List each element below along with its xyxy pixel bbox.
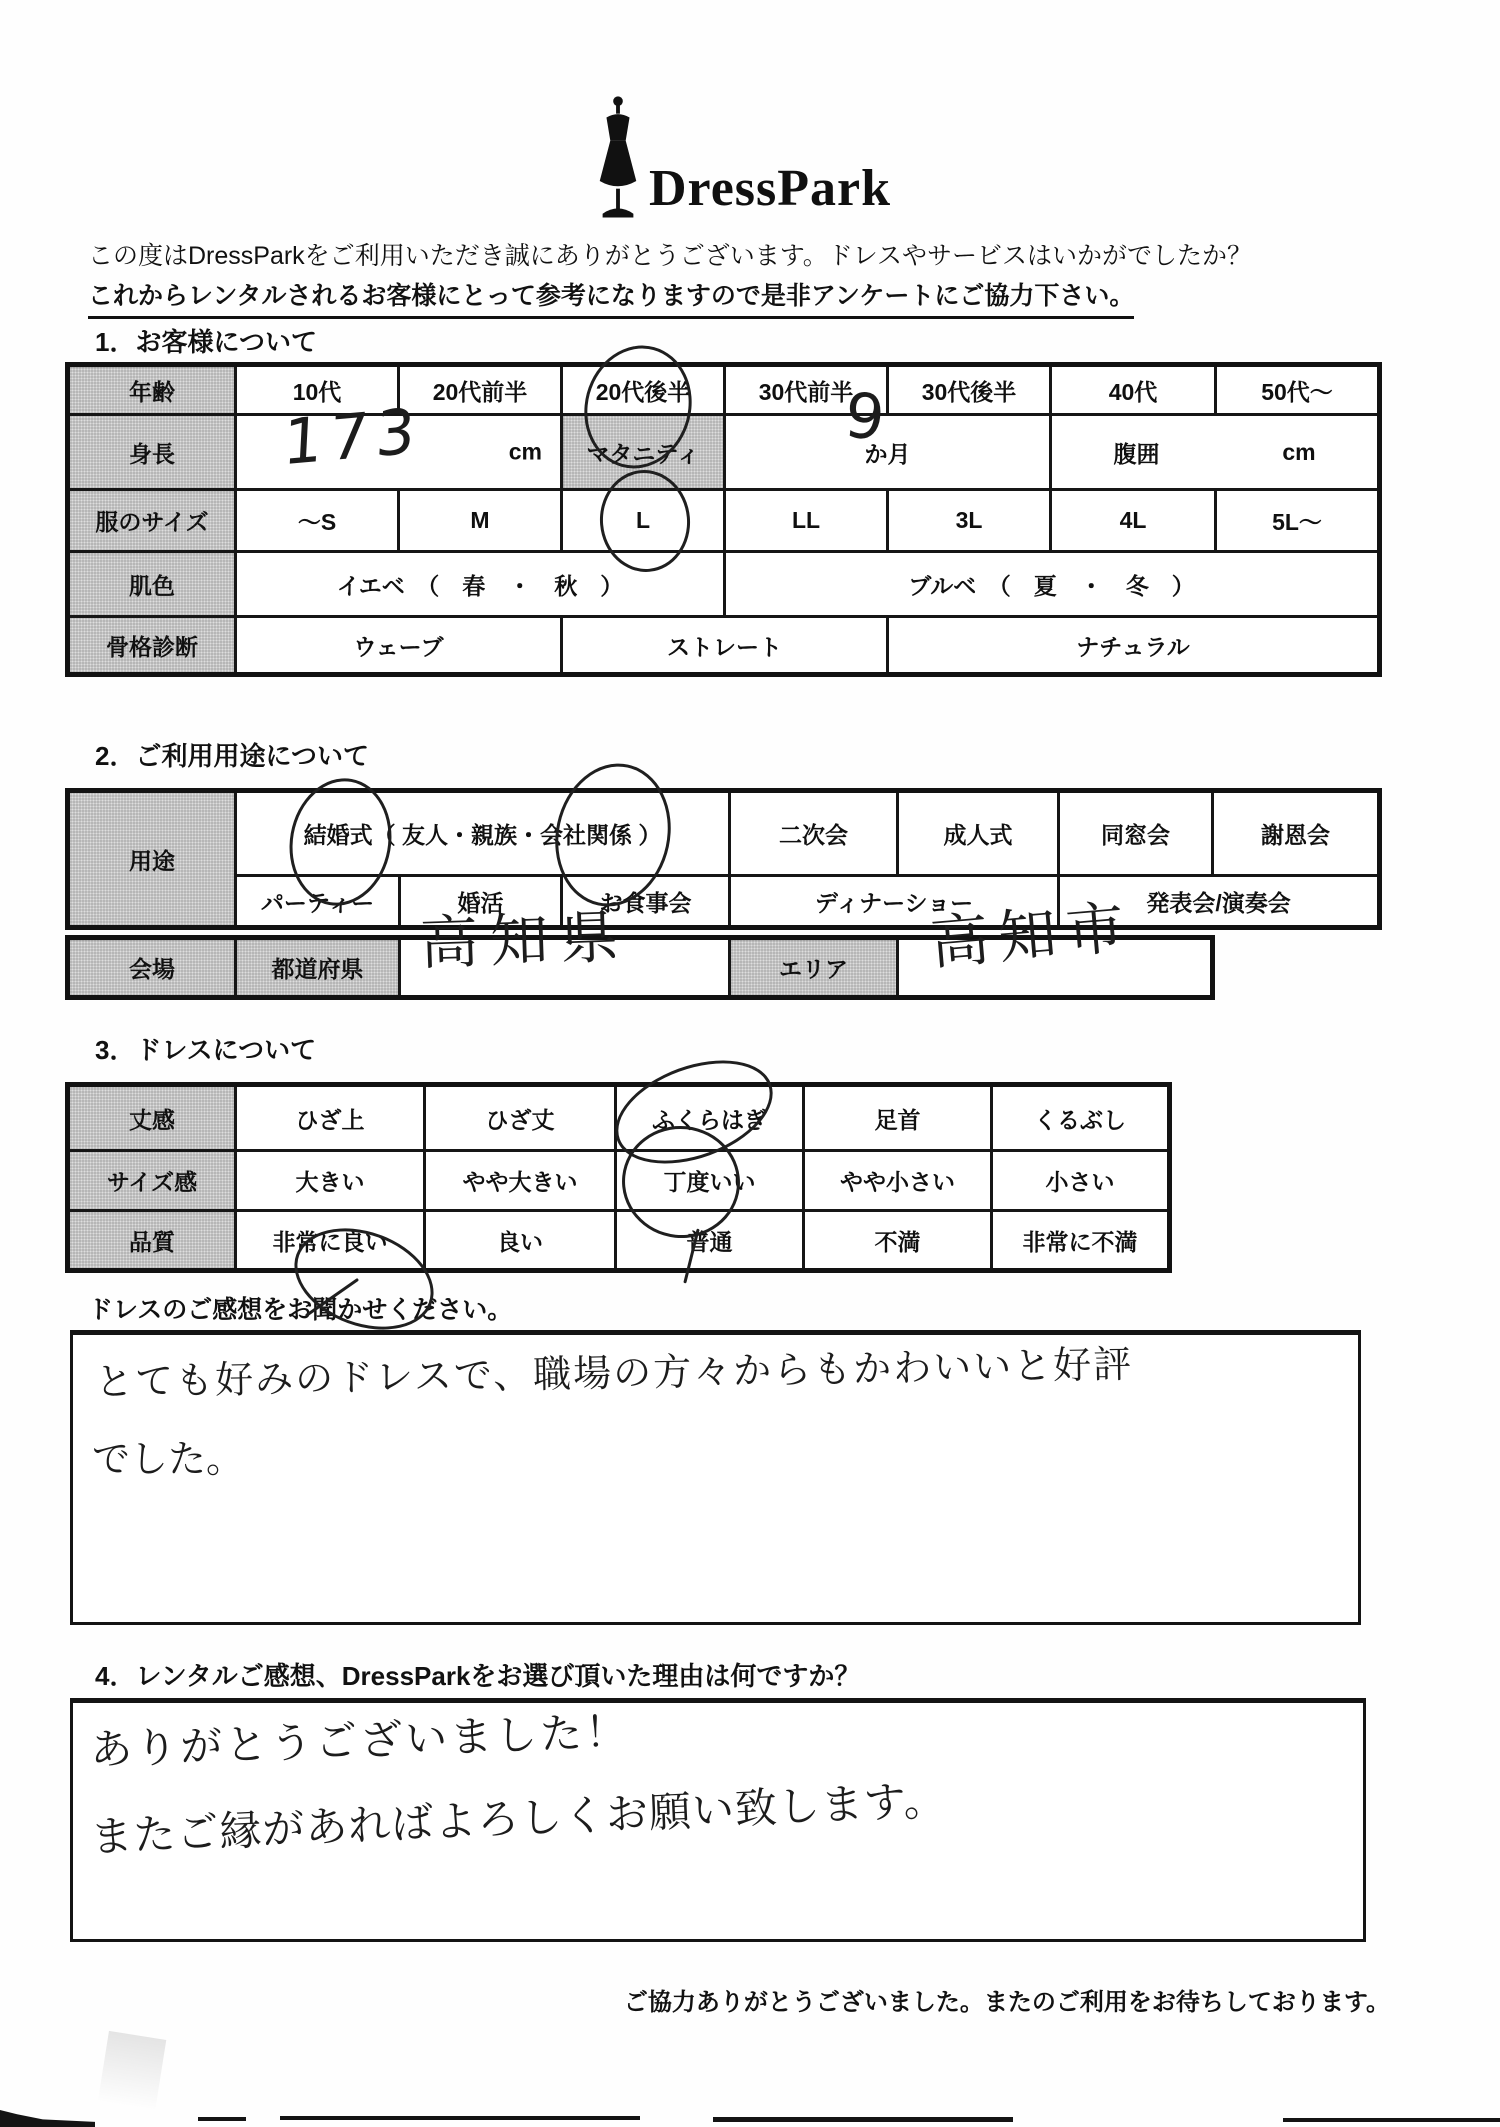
- dress-mannequin-icon: [593, 90, 643, 227]
- scan-artifact: [713, 2117, 1013, 2122]
- scan-artifact: [280, 2116, 640, 2120]
- size-option: ～S: [236, 490, 399, 552]
- handwritten-area: 高知市: [927, 879, 1138, 980]
- fit-option: 大きい: [236, 1151, 425, 1211]
- skeleton-row-label: 骨格診断: [68, 617, 236, 675]
- quality-row-label: 品質: [68, 1211, 236, 1271]
- height-row-label: 身長: [68, 415, 236, 490]
- skeleton-option: ストレート: [562, 617, 888, 675]
- length-row-label: 丈感: [68, 1085, 236, 1151]
- intro-line-1: この度はDressParkをご利用いただき誠にありがとうございます。ドレスやサー…: [88, 236, 1252, 272]
- brand-name: DressPark: [649, 163, 891, 215]
- fit-option: やや大きい: [425, 1151, 616, 1211]
- usage-option: 成人式: [898, 791, 1059, 876]
- usage-option: 二次会: [730, 791, 898, 876]
- intro-line-2: これからレンタルされるお客様にとって参考になりますので是非アンケートにご協力下さ…: [88, 276, 1134, 319]
- size-option: M: [399, 490, 562, 552]
- usage-row-label: 用途: [68, 791, 236, 928]
- waist-unit: cm: [1282, 439, 1315, 466]
- skin-row-label: 肌色: [68, 552, 236, 617]
- dress-rating-table: 丈感 ひざ上 ひざ丈 ふくらはぎ 足首 くるぶし サイズ感 大きい やや大きい …: [65, 1082, 1172, 1273]
- maternity-months-cell: か月: [725, 415, 1051, 490]
- usage-table: 用途 結婚式（ 友人・親族・会社関係 ） 二次会 成人式 同窓会 謝恩会 パーテ…: [65, 788, 1382, 930]
- quality-option: 良い: [425, 1211, 616, 1271]
- skin-option: ブルベ （ 夏 ・ 冬 ）: [725, 552, 1380, 617]
- section4-heading: 4．レンタルご感想、DressParkをお選び頂いた理由は何ですか？: [95, 1656, 860, 1693]
- waist-label: 腹囲: [1113, 436, 1159, 469]
- handwritten-height: 173: [281, 394, 424, 480]
- quality-option: 非常に不満: [992, 1211, 1170, 1271]
- height-unit: cm: [509, 439, 542, 466]
- customer-info-table: 年齢 10代 20代前半 20代後半 30代前半 30代後半 40代 50代～ …: [65, 362, 1382, 677]
- scan-artifact: [198, 2117, 246, 2121]
- area-label: エリア: [730, 938, 898, 998]
- usage-option: 同窓会: [1059, 791, 1213, 876]
- skeleton-option: ウェーブ: [236, 617, 562, 675]
- dress-comment-prompt: ドレスのご感想をお聞かせください。: [88, 1290, 512, 1326]
- fit-row-label: サイズ感: [68, 1151, 236, 1211]
- brand-logo: DressPark: [593, 90, 891, 227]
- venue-row-label: 会場: [68, 938, 236, 998]
- scan-artifact: [0, 2110, 95, 2127]
- fit-option: やや小さい: [804, 1151, 992, 1211]
- section3-heading: 3．ドレスについて: [95, 1030, 316, 1067]
- handwritten-maternity-months: 9: [841, 378, 888, 455]
- waist-cell: 腹囲 cm: [1051, 415, 1380, 490]
- length-option: ひざ丈: [425, 1085, 616, 1151]
- quality-option: 不満: [804, 1211, 992, 1271]
- scanned-survey-page: DressPark この度はDressParkをご利用いただき誠にありがとうござ…: [0, 0, 1500, 2127]
- age-option: 40代: [1051, 365, 1216, 415]
- section2-heading: 2．ご利用用途について: [95, 736, 369, 773]
- size-row-label: 服のサイズ: [68, 490, 236, 552]
- footer-thanks: ご協力ありがとうございました。またのご利用をお待ちしております。: [624, 1982, 1390, 2017]
- scan-smudge: [98, 2031, 167, 2111]
- age-option: 50代～: [1216, 365, 1380, 415]
- age-row-label: 年齢: [68, 365, 236, 415]
- size-option: 5L～: [1216, 490, 1380, 552]
- handwritten-dress-comment-line2: でした。: [92, 1428, 244, 1483]
- section1-heading: 1．お客様について: [95, 322, 317, 359]
- age-option: 30代後半: [888, 365, 1051, 415]
- usage-option: 謝恩会: [1213, 791, 1380, 876]
- size-option: 3L: [888, 490, 1051, 552]
- length-option: くるぶし: [992, 1085, 1170, 1151]
- length-option: ひざ上: [236, 1085, 425, 1151]
- skeleton-option: ナチュラル: [888, 617, 1380, 675]
- size-option: LL: [725, 490, 888, 552]
- prefecture-label: 都道府県: [236, 938, 400, 998]
- length-option: 足首: [804, 1085, 992, 1151]
- size-option: 4L: [1051, 490, 1216, 552]
- scan-artifact: [1283, 2118, 1500, 2122]
- fit-option: 小さい: [992, 1151, 1170, 1211]
